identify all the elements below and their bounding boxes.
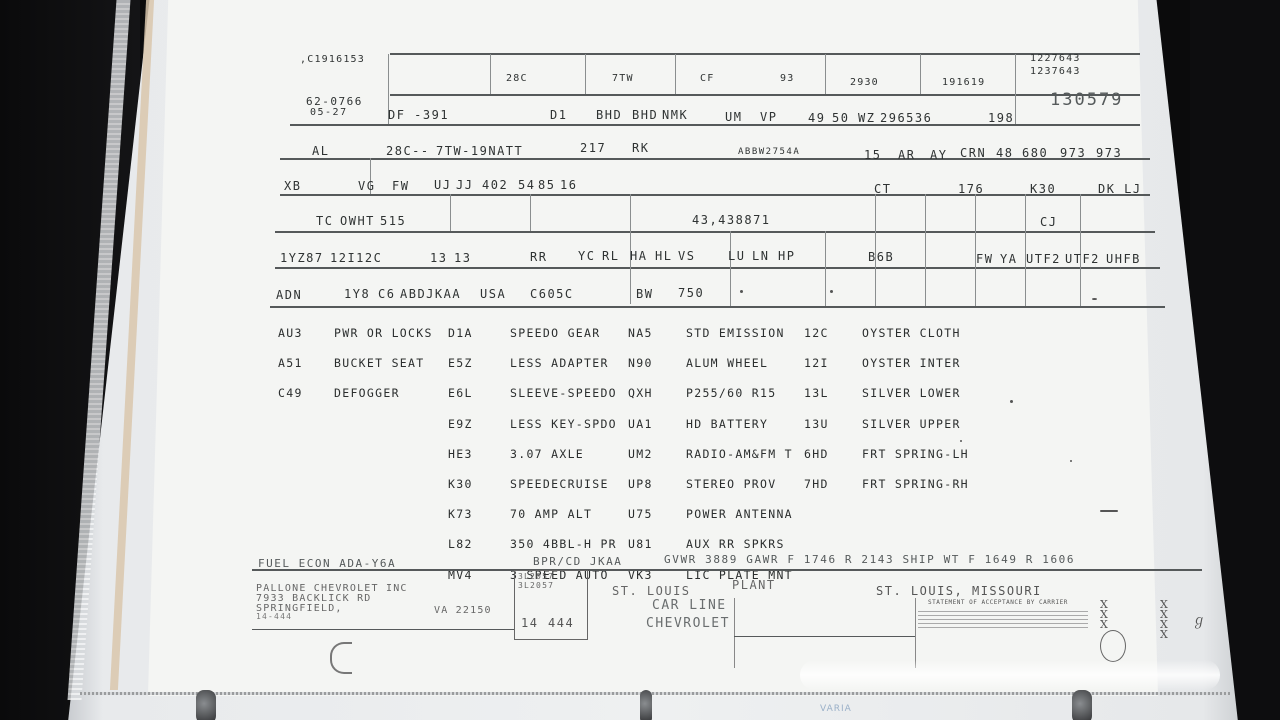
- car-line-value: CHEVROLET: [646, 616, 730, 631]
- car-line-label: CAR LINE: [652, 598, 727, 613]
- handwritten-initials: ℊ: [1192, 610, 1206, 630]
- plant-location: ST. LOUIS, MISSOURI: [876, 584, 1042, 598]
- sleeve-bottom-seam: [80, 692, 1230, 695]
- weights-line: GVWR 3889 GAWR F 1746 R 2143 SHIP WT F 1…: [664, 553, 1075, 566]
- dealer-number: 444: [548, 616, 574, 630]
- binder-brand-logo: VARIA: [820, 704, 852, 714]
- binder-ring: [1072, 690, 1092, 720]
- divider: [915, 598, 916, 668]
- handwritten-x-marks: XXX: [1100, 600, 1108, 630]
- footer-section: FUEL ECON ADA-Y6A BPR/CD JKAA GVWR 3889 …: [0, 0, 1280, 720]
- rule: [252, 569, 1202, 571]
- plant-label: PLANT: [732, 578, 776, 592]
- divider: [734, 598, 735, 668]
- rule: [734, 636, 915, 637]
- zone-number: 14: [521, 616, 538, 630]
- handwritten-circle: [1100, 630, 1126, 662]
- date-stamp-2: 3L2057: [518, 581, 554, 590]
- dealer-code: 14-444: [256, 612, 292, 621]
- handwritten-x-marks: XXXX: [1160, 600, 1168, 640]
- binder-ring: [196, 690, 216, 720]
- bpr-code: BPR/CD JKAA: [533, 555, 622, 568]
- statement-title: STATEMENT OF ACCEPTANCE BY CARRIER: [928, 599, 1068, 606]
- ship-city: ST. LOUIS: [612, 584, 691, 598]
- sleeve-glare: [800, 660, 1220, 690]
- rule: [252, 629, 514, 630]
- handwritten-c-mark: [330, 642, 352, 674]
- dealer-state-zip: VA 22150: [434, 605, 492, 616]
- date-stamp-1: 3L2057: [518, 572, 554, 581]
- binder-ring: [640, 690, 652, 720]
- statement-body: [918, 608, 1088, 631]
